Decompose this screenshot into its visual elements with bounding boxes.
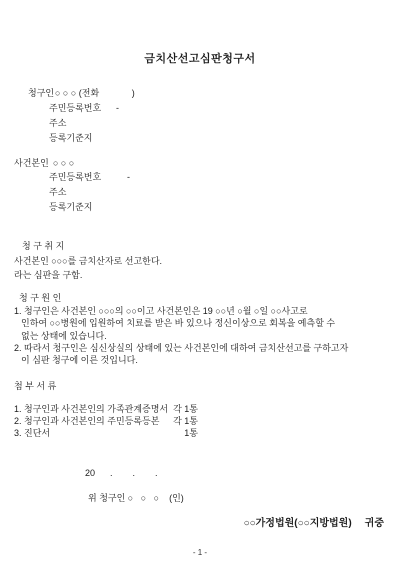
- petitioner-label: 청구인: [28, 88, 54, 99]
- cause-line-2: 인하여 ○○병원에 입원하여 치료를 받은 바 있으나 정신이상으로 회복을 예…: [21, 318, 335, 329]
- attachment-item: 3. 진단서 1통: [14, 428, 198, 439]
- purpose-line-1: 사건본인 ○○○를 금치산자로 선고한다.: [14, 256, 162, 267]
- cause-line-1: 1. 청구인은 사건본인 ○○○의 ○○이고 사건본인은 19 ○○년 ○월 ○…: [14, 306, 308, 317]
- principal-label: 사건본인: [14, 158, 49, 169]
- attachment-name: 2. 청구인과 사건본인의 주민등록등본: [14, 416, 159, 427]
- section-heading-purpose: 청 구 취 지: [22, 241, 64, 252]
- page-number: - 1 -: [0, 547, 400, 558]
- date-line: 20 . . .: [85, 468, 158, 479]
- cause-line-3: 없는 상태에 있습니다.: [21, 331, 107, 342]
- attachment-count: 각 1통: [173, 404, 198, 415]
- attachment-item: 1. 청구인과 사건본인의 가족관계증명서 각 1통: [14, 404, 198, 415]
- principal-rrn-value: -: [127, 172, 130, 183]
- petitioner-rrn-value: -: [116, 103, 119, 114]
- purpose-line-2: 라는 심판을 구함.: [14, 270, 82, 281]
- principal-rrn-label: 주민등록번호: [49, 172, 101, 183]
- petitioner-registry-label: 등록기준지: [49, 133, 92, 144]
- attachment-name: 1. 청구인과 사건본인의 가족관계증명서: [14, 404, 168, 415]
- attachment-count: 1통: [184, 428, 198, 439]
- court-address-line: ○○가정법원(○○지방법원) 귀중: [244, 514, 384, 529]
- principal-name: ○ ○ ○: [53, 158, 74, 169]
- attachment-count: 각 1통: [173, 416, 198, 427]
- principal-registry-label: 등록기준지: [49, 202, 92, 213]
- petition-document: 금치산선고심판청구서 청구인 ○ ○ ○ (전화 ) 주민등록번호 - 주소 등…: [0, 0, 400, 582]
- cause-line-5: 이 심판 청구에 이른 것입니다.: [21, 355, 138, 366]
- section-heading-cause: 청 구 원 인: [19, 293, 61, 304]
- section-heading-attachments: 첨 부 서 류: [14, 381, 56, 392]
- petitioner-address-label: 주소: [49, 118, 66, 129]
- petitioner-rrn-label: 주민등록번호: [49, 103, 101, 114]
- principal-address-label: 주소: [49, 187, 66, 198]
- attachment-item: 2. 청구인과 사건본인의 주민등록등본 각 1통: [14, 416, 198, 427]
- court-suffix: 귀중: [365, 514, 384, 529]
- signature-line: 위 청구인 ○ ○ ○ (인): [88, 493, 184, 504]
- petitioner-name-phone: ○ ○ ○ (전화 ): [55, 88, 135, 99]
- document-title: 금치산선고심판청구서: [0, 54, 400, 65]
- court-name: ○○가정법원(○○지방법원): [244, 514, 352, 529]
- attachment-name: 3. 진단서: [14, 428, 50, 439]
- cause-line-4: 2. 따라서 청구인은 심신상실의 상태에 있는 사건본인에 대하여 금치산선고…: [14, 343, 348, 354]
